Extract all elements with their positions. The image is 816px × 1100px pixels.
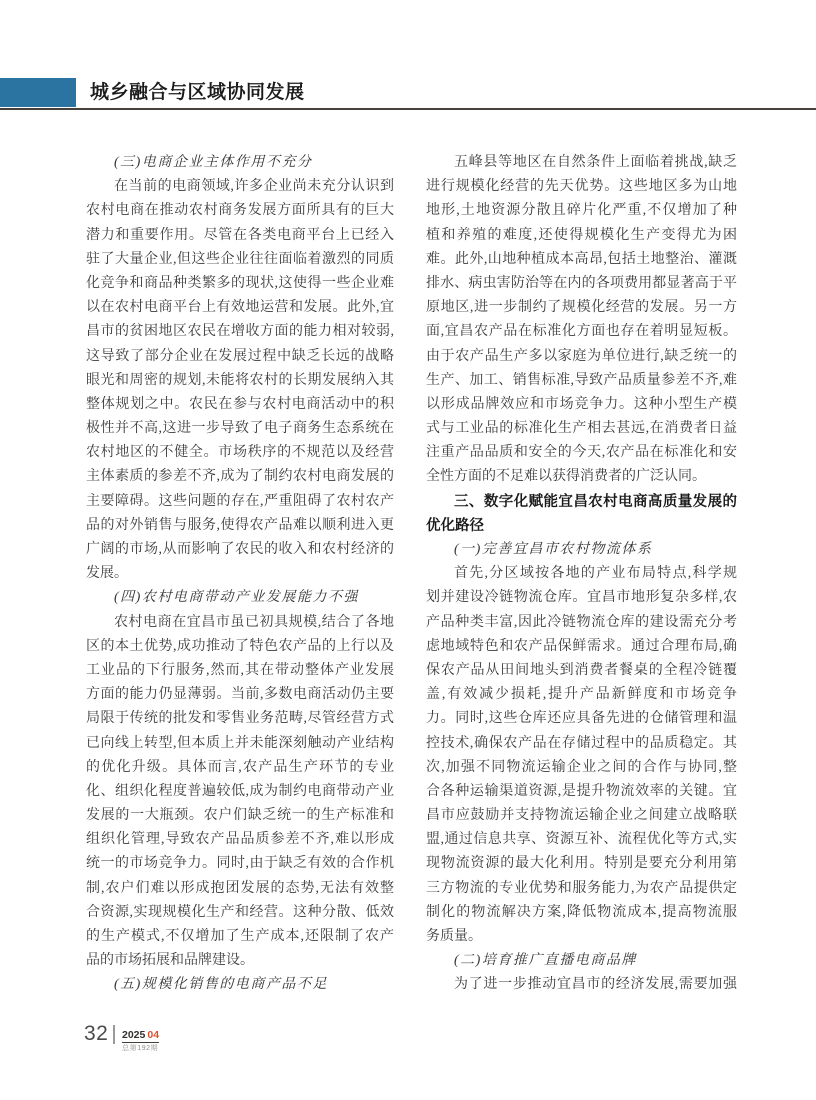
text-line: 面,宜昌农产品在标准化方面也存在着明显短板。 xyxy=(426,320,737,344)
text-line: 的优化升级。具体而言,农产品生产环节的专业 xyxy=(86,756,394,780)
text-line: 五峰县等地区在自然条件上面临着挑战,缺乏 xyxy=(426,151,737,175)
heading-line: 三、数字化赋能宜昌农村电商高质量发展的 xyxy=(426,490,737,514)
text-line: 三方物流的专业优势和服务能力,为农产品提供定 xyxy=(426,877,737,901)
text-line: 力。同时,这些仓库还应具备先进的仓储管理和温 xyxy=(426,707,737,731)
issue-date: 202504 xyxy=(122,1030,159,1043)
journal-page: 城乡融合与区域协同发展 (三)电商企业主体作用不充分在当前的电商领域,许多企业尚… xyxy=(0,0,816,1100)
text-line: 虑地域特色和农产品保鲜需求。通过合理布局,确 xyxy=(426,635,737,659)
text-line: 首先,分区域按各地的产业布局特点,科学规 xyxy=(426,562,737,586)
text-line: 合各种运输渠道资源,是提升物流效率的关键。宜 xyxy=(426,780,737,804)
text-line: 以在农村电商平台上有效地运营和发展。此外,宜 xyxy=(86,296,394,320)
left-column: (三)电商企业主体作用不充分在当前的电商领域,许多企业尚未充分认识到农村电商在推… xyxy=(86,151,394,998)
text-line: 保农产品从田间地头到消费者餐桌的全程冷链覆 xyxy=(426,659,737,683)
text-line: 统一的市场竞争力。同时,由于缺乏有效的合作机 xyxy=(86,852,394,876)
text-line: 广阔的市场,从而影响了农民的收入和农村经济的 xyxy=(86,538,394,562)
text-line: 制化的物流解决方案,降低物流成本,提高物流服 xyxy=(426,901,737,925)
text-line: 眼光和周密的规划,未能将农村的长期发展纳入其 xyxy=(86,369,394,393)
header-rule xyxy=(0,108,816,110)
issue-year: 2025 xyxy=(122,1029,145,1041)
text-line: 难。此外,山地种植成本高昂,包括土地整治、灌溉 xyxy=(426,248,737,272)
text-line: 潜力和重要作用。尽管在各类电商平台上已经入 xyxy=(86,224,394,248)
text-line: 品的对外销售与服务,使得农产品难以顺利进入更 xyxy=(86,514,394,538)
text-line: 驻了大量企业,但这些企业往往面临着激烈的同质 xyxy=(86,248,394,272)
text-line: 极性并不高,这进一步导致了电子商务生态系统在 xyxy=(86,417,394,441)
text-line: 方面的能力仍显薄弱。当前,多数电商活动仍主要 xyxy=(86,683,394,707)
text-line: 化竞争和商品种类繁多的现状,这使得一些企业难 xyxy=(86,272,394,296)
text-line: 品的市场拓展和品牌建设。 xyxy=(86,949,394,973)
text-line: 以形成品牌效应和市场竞争力。这种小型生产模 xyxy=(426,393,737,417)
text-line: 务质量。 xyxy=(426,925,737,949)
text-line: 全性方面的不足难以获得消费者的广泛认同。 xyxy=(426,465,737,489)
text-line: 区的本土优势,成功推动了特色农产品的上行以及 xyxy=(86,635,394,659)
text-line: 发展。 xyxy=(86,562,394,586)
text-line: 进行规模化经营的先天优势。这些地区多为山地 xyxy=(426,175,737,199)
heading-line: (五)规模化销售的电商产品不足 xyxy=(86,973,394,997)
text-line: 发展的一大瓶颈。农户们缺乏统一的生产标准和 xyxy=(86,804,394,828)
text-line: 局限于传统的批发和零售业务范畴,尽管经营方式 xyxy=(86,707,394,731)
text-line: 农村电商在推动农村商务发展方面所具有的巨大 xyxy=(86,199,394,223)
heading-line: (二)培育推广直播电商品牌 xyxy=(426,949,737,973)
issue-info: 202504 总第192期 xyxy=(122,1025,159,1053)
text-line: 排水、病虫害防治等在内的各项费用都显著高于平 xyxy=(426,272,737,296)
text-line: 的生产模式,不仅增加了生产成本,还限制了农产 xyxy=(86,925,394,949)
heading-line: (三)电商企业主体作用不充分 xyxy=(86,151,394,175)
text-line: 制,农户们难以形成抱团发展的态势,无法有效整 xyxy=(86,877,394,901)
text-line: 植和养殖的难度,还使得规模化生产变得尤为困 xyxy=(426,224,737,248)
text-line: 合资源,实现规模化生产和经营。这种分散、低效 xyxy=(86,901,394,925)
text-line: 次,加强不同物流运输企业之间的合作与协同,整 xyxy=(426,756,737,780)
text-line: 已向线上转型,但本质上并未能深刻触动产业结构 xyxy=(86,732,394,756)
text-line: 昌市的贫困地区农民在增收方面的能力相对较弱, xyxy=(86,320,394,344)
heading-line: (四)农村电商带动产业发展能力不强 xyxy=(86,586,394,610)
text-line: 农村地区的不健全。市场秩序的不规范以及经营 xyxy=(86,441,394,465)
text-line: 盟,通过信息共享、资源互补、流程优化等方式,实 xyxy=(426,828,737,852)
text-line: 昌市应鼓励并支持物流运输企业之间建立战略联 xyxy=(426,804,737,828)
right-column: 五峰县等地区在自然条件上面临着挑战,缺乏进行规模化经营的先天优势。这些地区多为山… xyxy=(426,151,737,998)
text-line: 产品种类丰富,因此冷链物流仓库的建设需充分考 xyxy=(426,611,737,635)
text-line: 为了进一步推动宜昌市的经济发展,需要加强 xyxy=(426,973,737,997)
issue-number: 04 xyxy=(147,1029,159,1041)
text-line: 地形,土地资源分散且碎片化严重,不仅增加了种 xyxy=(426,199,737,223)
text-line: 现物流资源的最大化利用。特别是要充分利用第 xyxy=(426,852,737,876)
heading-line: (一)完善宜昌市农村物流体系 xyxy=(426,538,737,562)
page-number: 32 xyxy=(84,1022,108,1046)
text-line: 生产、加工、销售标准,导致产品质量参差不齐,难 xyxy=(426,369,737,393)
text-line: 盖,有效减少损耗,提升产品新鲜度和市场竞争 xyxy=(426,683,737,707)
text-line: 控技术,确保农产品在存储过程中的品质稳定。其 xyxy=(426,732,737,756)
text-line: 在当前的电商领域,许多企业尚未充分认识到 xyxy=(86,175,394,199)
footer-divider xyxy=(113,1025,115,1044)
text-line: 工业品的下行服务,然而,其在带动整体产业发展 xyxy=(86,659,394,683)
text-line: 化、组织化程度普遍较低,成为制约电商带动产业 xyxy=(86,780,394,804)
text-line: 农村电商在宜昌市虽已初具规模,结合了各地 xyxy=(86,611,394,635)
text-line: 由于农产品生产多以家庭为单位进行,缺乏统一的 xyxy=(426,345,737,369)
issue-note: 总第192期 xyxy=(122,1045,159,1053)
text-line: 主体素质的参差不齐,成为了制约农村电商发展的 xyxy=(86,465,394,489)
header-accent-block xyxy=(0,78,76,107)
section-title: 城乡融合与区域协同发展 xyxy=(90,78,305,107)
text-line: 式与工业品的标准化生产相去甚远,在消费者日益 xyxy=(426,417,737,441)
text-line: 这导致了部分企业在发展过程中缺乏长远的战略 xyxy=(86,345,394,369)
text-line: 组织化管理,导致农产品品质参差不齐,难以形成 xyxy=(86,828,394,852)
text-line: 整体规划之中。农民在参与农村电商活动中的积 xyxy=(86,393,394,417)
text-line: 划并建设冷链物流仓库。宜昌市地形复杂多样,农 xyxy=(426,586,737,610)
heading-line: 优化路径 xyxy=(426,514,737,538)
text-line: 原地区,进一步制约了规模化经营的发展。另一方 xyxy=(426,296,737,320)
text-line: 主要障碍。这些问题的存在,严重阻碍了农村农产 xyxy=(86,490,394,514)
text-line: 注重产品品质和安全的今天,农产品在标准化和安 xyxy=(426,441,737,465)
